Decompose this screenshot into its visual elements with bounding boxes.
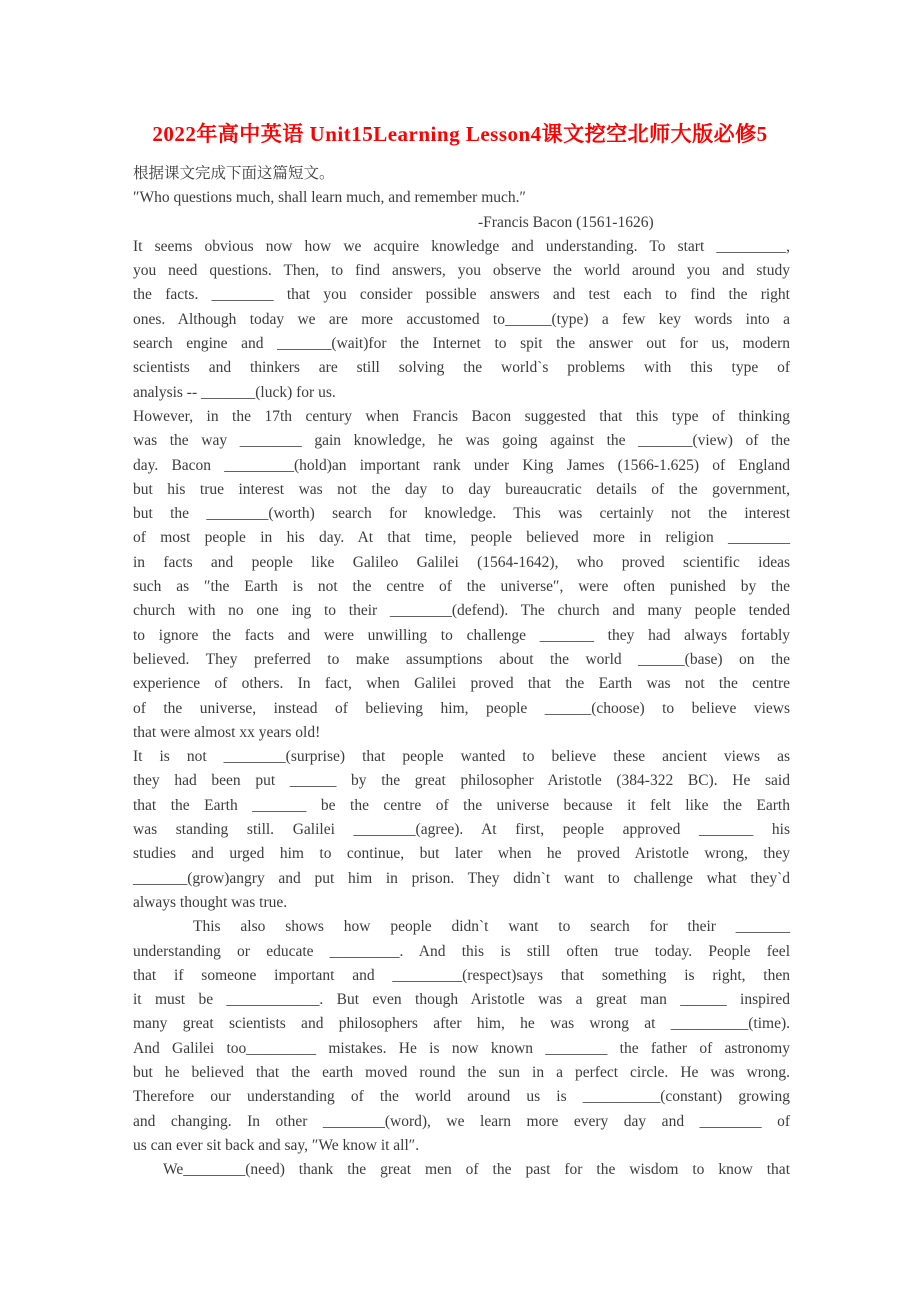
text-line: but his true interest was not the day to… [133,478,790,502]
text-line: search engine and _______(wait)for the I… [133,332,790,356]
text-line: was standing still. Galilei ________(agr… [133,818,790,842]
text-line: that the Earth _______ be the centre of … [133,794,790,818]
text-line: such as ″the Earth is not the centre of … [133,575,790,599]
instruction-text: 根据课文完成下面这篇短文。 [133,162,790,186]
document-page: 2022年高中英语 Unit15Learning Lesson4课文挖空北师大版… [0,0,920,1182]
attribution-line: -Francis Bacon (1561-1626) [133,211,790,235]
text-line: always thought was true. [133,891,790,915]
text-line: but the ________(worth) search for knowl… [133,502,790,526]
quote-line: ″Who questions much, shall learn much, a… [133,186,790,210]
document-content: 根据课文完成下面这篇短文。 ″Who questions much, shall… [133,162,790,1182]
paragraph: However, in the 17th century when Franci… [133,405,790,745]
text-line: of most people in his day. At that time,… [133,526,790,550]
text-line: it must be ____________. But even though… [133,988,790,1012]
text-line: ones. Although today we are more accusto… [133,308,790,332]
text-line: day. Bacon _________(hold)an important r… [133,454,790,478]
text-line: in facts and people like Galileo Galilei… [133,551,790,575]
text-line: experience of others. In fact, when Gali… [133,672,790,696]
text-line: and changing. In other ________(word), w… [133,1110,790,1134]
paragraph: It seems obvious now how we acquire know… [133,235,790,405]
text-line: that were almost xx years old! [133,721,790,745]
text-line: that if someone important and _________(… [133,964,790,988]
text-line: to ignore the facts and were unwilling t… [133,624,790,648]
text-line: This also shows how people didn`t want t… [133,915,790,939]
paragraph: We________(need) thank the great men of … [133,1158,790,1182]
text-line: of the universe, instead of believing hi… [133,697,790,721]
text-line: the facts. ________ that you consider po… [133,283,790,307]
paragraph: This also shows how people didn`t want t… [133,915,790,1158]
text-line: you need questions. Then, to find answer… [133,259,790,283]
text-line: but he believed that the earth moved rou… [133,1061,790,1085]
text-line: We________(need) thank the great men of … [133,1158,790,1182]
text-line: studies and urged him to continue, but l… [133,842,790,866]
text-line: us can ever sit back and say, ″We know i… [133,1134,790,1158]
text-line: understanding or educate _________. And … [133,940,790,964]
text-line: It is not ________(surprise) that people… [133,745,790,769]
paragraph: It is not ________(surprise) that people… [133,745,790,915]
text-line: scientists and thinkers are still solvin… [133,356,790,380]
text-line: many great scientists and philosophers a… [133,1012,790,1036]
text-line: believed. They preferred to make assumpt… [133,648,790,672]
text-line: analysis -- _______(luck) for us. [133,381,790,405]
document-title: 2022年高中英语 Unit15Learning Lesson4课文挖空北师大版… [0,118,920,148]
text-line: _______(grow)angry and put him in prison… [133,867,790,891]
text-line: Therefore our understanding of the world… [133,1085,790,1109]
paragraphs: It seems obvious now how we acquire know… [133,235,790,1183]
text-line: church with no one ing to their ________… [133,599,790,623]
text-line: However, in the 17th century when Franci… [133,405,790,429]
text-line: It seems obvious now how we acquire know… [133,235,790,259]
text-line: And Galilei too_________ mistakes. He is… [133,1037,790,1061]
text-line: was the way ________ gain knowledge, he … [133,429,790,453]
text-line: they had been put ______ by the great ph… [133,769,790,793]
